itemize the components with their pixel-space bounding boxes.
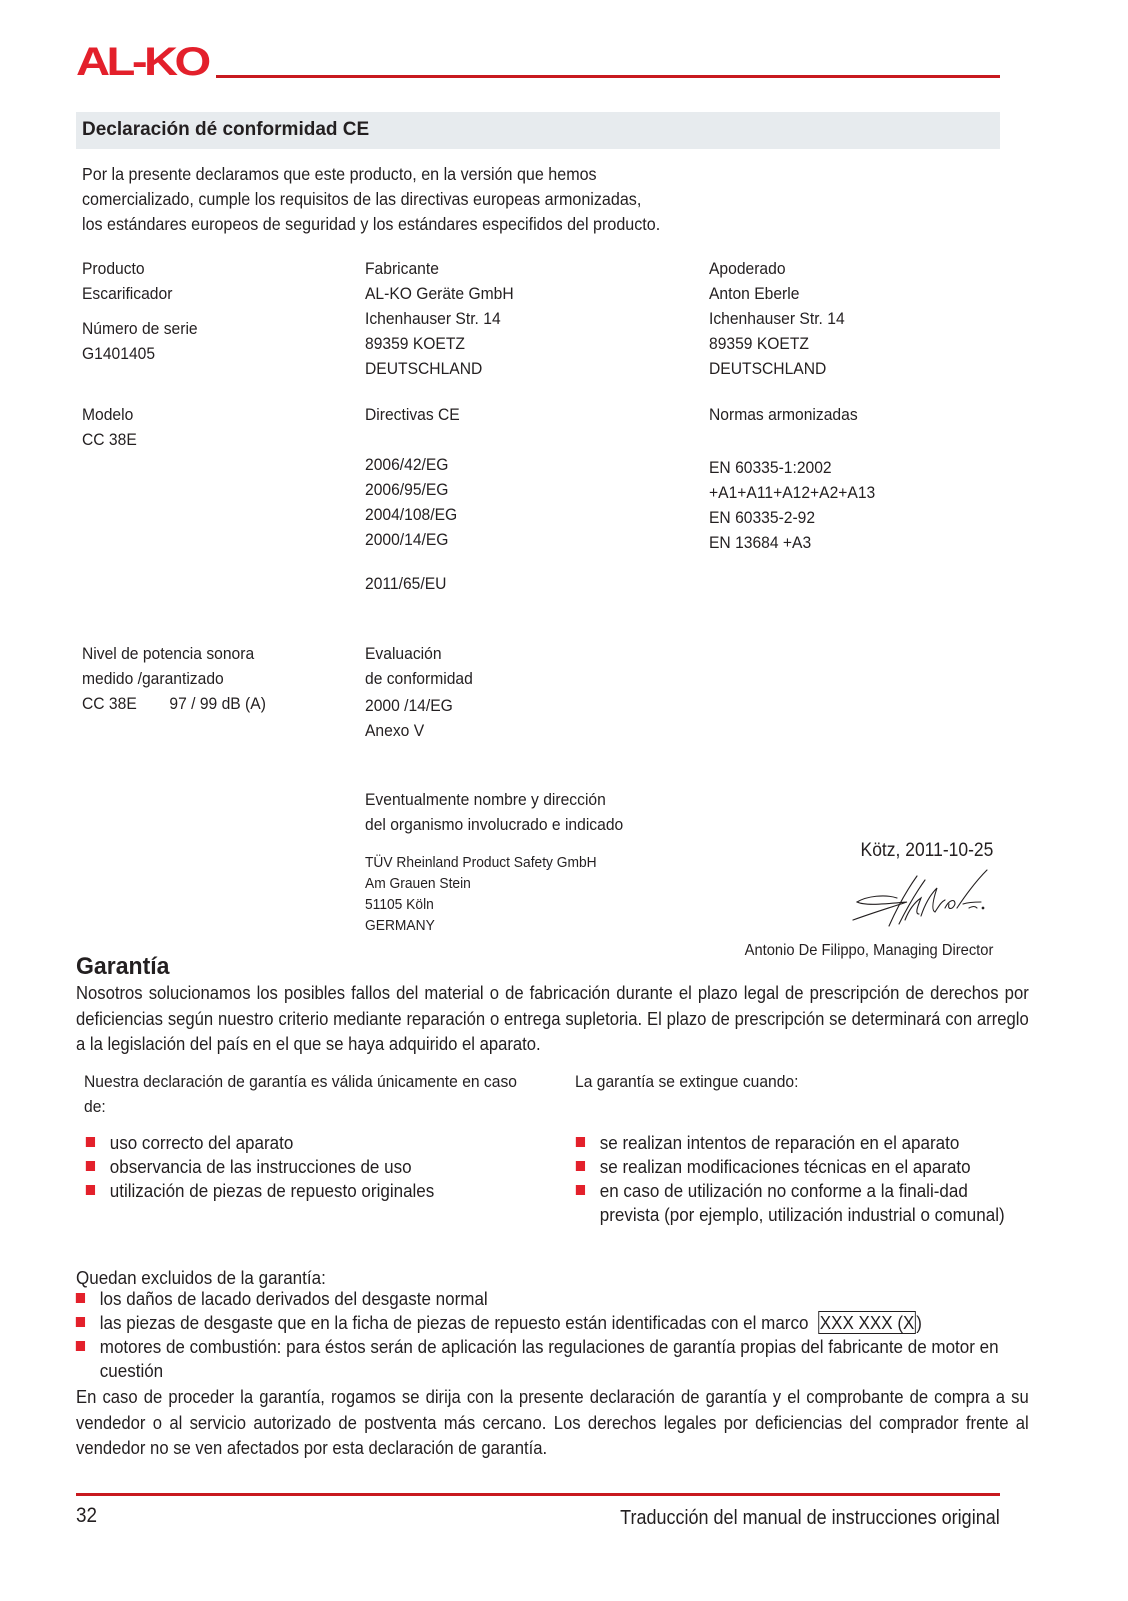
footer-caption: Traducción del manual de instrucciones o… — [620, 1504, 1000, 1532]
serial-value: G1401405 — [82, 341, 198, 366]
bullet-square-icon — [76, 1341, 85, 1351]
list-item: se realizan intentos de reparación en el… — [574, 1131, 1011, 1155]
warranty-excluded-list: los daños de lacado derivados del desgas… — [74, 1287, 1003, 1383]
directive-extra: 2011/65/EU — [365, 571, 446, 596]
list-item: observancia de las instrucciones de uso — [84, 1155, 562, 1179]
bullet-square-icon — [86, 1137, 95, 1147]
bullet-square-icon — [86, 1185, 95, 1195]
bullet-square-icon — [576, 1185, 585, 1195]
directives-list: 2006/42/EG 2006/95/EG 2004/108/EG 2000/1… — [365, 452, 457, 552]
serial-block: Número de serie G1401405 — [82, 316, 198, 366]
signatory-name: Antonio De Filippo, Managing Director — [744, 940, 993, 962]
product-label: Producto — [82, 256, 172, 281]
list-item: los daños de lacado derivados del desgas… — [74, 1287, 1003, 1311]
warranty-intro: Nosotros solucionamos los posibles fallo… — [76, 981, 1029, 1058]
model-block: Modelo CC 38E — [82, 402, 137, 452]
conformity-block: Evaluación de conformidad 2000 /14/EG An… — [365, 641, 473, 743]
list-item: en caso de utilización no conforme a la … — [574, 1179, 1011, 1227]
list-item: uso correcto del aparato — [84, 1131, 562, 1155]
list-item: se realizan modificaciones técnicas en e… — [574, 1155, 1011, 1179]
list-item: motores de combustión: para éstos serán … — [74, 1335, 1003, 1383]
product-block: Producto Escarificador — [82, 256, 172, 306]
list-item: utilización de piezas de repuesto origin… — [84, 1179, 562, 1203]
warranty-title: Garantía — [76, 952, 169, 982]
standards-list: EN 60335-1:2002 +A1+A11+A12+A2+A13 EN 60… — [709, 455, 875, 555]
warranty-valid-heading: Nuestra declaración de garantía es válid… — [84, 1069, 535, 1119]
declaration-intro: Por la presente declaramos que este prod… — [82, 162, 800, 237]
sound-value: 97 / 99 dB (A) — [169, 694, 265, 713]
alko-logo: AL-KO — [76, 40, 208, 84]
model-label: Modelo — [82, 402, 137, 427]
model-value: CC 38E — [82, 427, 137, 452]
warranty-void-list: se realizan intentos de reparación en el… — [574, 1131, 1011, 1227]
signature-icon — [845, 868, 990, 930]
product-value: Escarificador — [82, 281, 172, 306]
place-date: Kötz, 2011-10-25 — [860, 838, 993, 864]
footer-rule — [76, 1493, 1000, 1496]
serial-label: Número de serie — [82, 316, 198, 341]
bullet-square-icon — [576, 1161, 585, 1171]
header-rule — [216, 75, 1000, 78]
page-number: 32 — [76, 1502, 97, 1530]
bullet-square-icon — [576, 1137, 585, 1147]
warranty-closing: En caso de proceder la garantía, rogamos… — [76, 1385, 1029, 1462]
standards-label: Normas armonizadas — [709, 402, 858, 427]
manufacturer-label: Fabricante — [365, 256, 514, 281]
notified-body-label: Eventualmente nombre y dirección del org… — [365, 787, 623, 837]
notified-body-address: TÜV Rheinland Product Safety GmbH Am Gra… — [365, 852, 597, 936]
warranty-valid-list: uso correcto del aparato observancia de … — [84, 1131, 562, 1203]
representative-label: Apoderado — [709, 256, 845, 281]
bullet-square-icon — [86, 1161, 95, 1171]
list-item: las piezas de desgaste que en la ficha d… — [74, 1311, 1003, 1335]
directives-label: Directivas CE — [365, 402, 460, 427]
warranty-void-heading: La garantía se extingue cuando: — [575, 1069, 798, 1094]
bullet-square-icon — [76, 1293, 85, 1303]
manufacturer-block: Fabricante AL-KO Geräte GmbH Ichenhauser… — [365, 256, 514, 381]
sound-model: CC 38E — [82, 694, 137, 713]
sound-level-block: Nivel de potencia sonora medido /garanti… — [82, 641, 266, 716]
section-title: Declaración dé conformidad CE — [82, 118, 369, 142]
marco-code-box: XXX XXX (X — [818, 1311, 916, 1334]
bullet-square-icon — [76, 1317, 85, 1327]
representative-block: Apoderado Anton Eberle Ichenhauser Str. … — [709, 256, 845, 381]
